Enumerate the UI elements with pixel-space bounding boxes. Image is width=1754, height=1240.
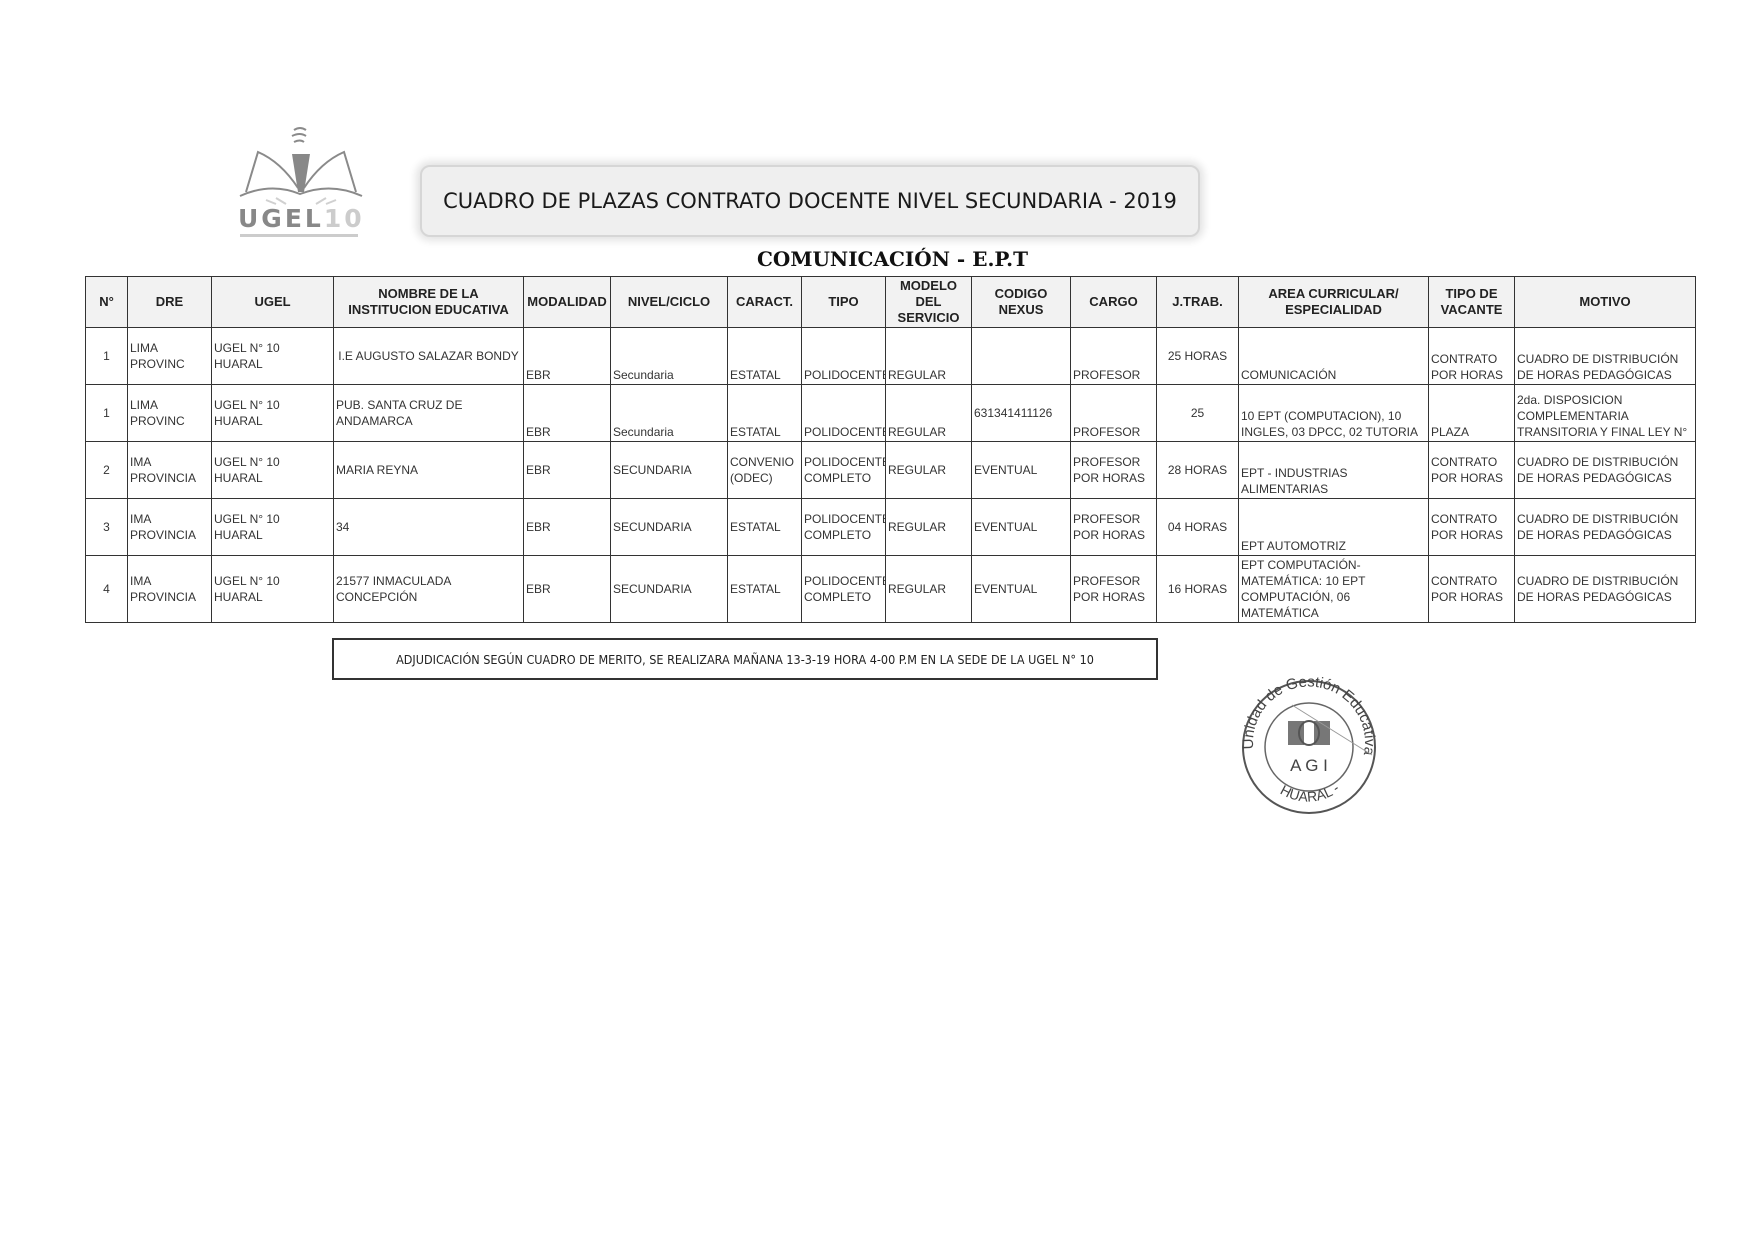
cell-institucion: 34 [334,499,524,556]
document-title: CUADRO DE PLAZAS CONTRATO DOCENTE NIVEL … [443,189,1177,213]
cell-dre: IMA PROVINCIA [128,556,212,623]
column-header-institucion: NOMBRE DE LA INSTITUCION EDUCATIVA [334,277,524,328]
cell-tipo: POLIDOCENTE [802,385,886,442]
cell-tipo-vacante: CONTRATO POR HORAS [1429,442,1515,499]
cell-j-trab: 28 HORAS [1157,442,1239,499]
cell-tipo: POLIDOCENTE COMPLETO [802,442,886,499]
section-subtitle: COMUNICACIÓN - E.P.T [757,247,1028,271]
cell-ugel: UGEL N° 10 HUARAL [212,556,334,623]
column-header-j-trab: J.TRAB. [1157,277,1239,328]
cell-cargo: PROFESOR POR HORAS [1071,499,1157,556]
logo-number: 10 [324,204,365,233]
cell-caract: ESTATAL [728,385,802,442]
cell-cargo: PROFESOR POR HORAS [1071,556,1157,623]
column-header-motivo: MOTIVO [1515,277,1696,328]
column-header-cargo: CARGO [1071,277,1157,328]
seal-stamp-icon: Unidad de Gestión Educativa Local N° 10 … [1232,675,1384,819]
cell-n: 1 [86,385,128,442]
vacancies-table: N°DREUGELNOMBRE DE LA INSTITUCION EDUCAT… [85,276,1696,623]
cell-nivel-ciclo: Secundaria [611,328,728,385]
cell-nivel-ciclo: SECUNDARIA [611,499,728,556]
cell-dre: LIMA PROVINC [128,328,212,385]
cell-tipo-vacante: CONTRATO POR HORAS [1429,328,1515,385]
column-header-tipo-vacante: TIPO DE VACANTE [1429,277,1515,328]
column-header-n: N° [86,277,128,328]
table-row: 4IMA PROVINCIAUGEL N° 10 HUARAL21577 INM… [86,556,1696,623]
cell-modalidad: EBR [524,499,611,556]
table-row: 3IMA PROVINCIAUGEL N° 10 HUARAL34EBRSECU… [86,499,1696,556]
cell-area-curricular: EPT AUTOMOTRIZ [1239,499,1429,556]
official-seal: Unidad de Gestión Educativa Local N° 10 … [1232,675,1384,819]
column-header-tipo: TIPO [802,277,886,328]
table-header-row: N°DREUGELNOMBRE DE LA INSTITUCION EDUCAT… [86,277,1696,328]
cell-cargo: PROFESOR POR HORAS [1071,442,1157,499]
cell-modelo-servicio: REGULAR [886,556,972,623]
cell-institucion: 21577 INMACULADA CONCEPCIÓN [334,556,524,623]
logo-text: UGEL [238,204,324,233]
column-header-codigo-nexus: CODIGO NEXUS [972,277,1071,328]
cell-tipo: POLIDOCENTE COMPLETO [802,556,886,623]
cell-caract: ESTATAL [728,328,802,385]
cell-modalidad: EBR [524,385,611,442]
cell-dre: IMA PROVINCIA [128,442,212,499]
column-header-ugel: UGEL [212,277,334,328]
cell-nivel-ciclo: SECUNDARIA [611,442,728,499]
cell-j-trab: 16 HORAS [1157,556,1239,623]
adjudication-notice: ADJUDICACIÓN SEGÚN CUADRO DE MERITO, SE … [332,638,1158,680]
column-header-dre: DRE [128,277,212,328]
cell-tipo: POLIDOCENTE COMPLETO [802,499,886,556]
column-header-nivel-ciclo: NIVEL/CICLO [611,277,728,328]
cell-caract: ESTATAL [728,499,802,556]
cell-j-trab: 25 HORAS [1157,328,1239,385]
cell-modalidad: EBR [524,442,611,499]
cell-cargo: PROFESOR [1071,385,1157,442]
cell-motivo: 2da. DISPOSICION COMPLEMENTARIA TRANSITO… [1515,385,1696,442]
cell-j-trab: 25 [1157,385,1239,442]
cell-area-curricular: 10 EPT (COMPUTACION), 10 INGLES, 03 DPCC… [1239,385,1429,442]
cell-modalidad: EBR [524,556,611,623]
document-title-box: CUADRO DE PLAZAS CONTRATO DOCENTE NIVEL … [420,165,1200,237]
cell-area-curricular: COMUNICACIÓN [1239,328,1429,385]
cell-area-curricular: EPT COMPUTACIÓN-MATEMÁTICA: 10 EPT COMPU… [1239,556,1429,623]
cell-nivel-ciclo: Secundaria [611,385,728,442]
cell-modelo-servicio: REGULAR [886,499,972,556]
cell-modelo-servicio: REGULAR [886,385,972,442]
table-row: 1LIMA PROVINCUGEL N° 10 HUARALI.E AUGUST… [86,328,1696,385]
notice-text: ADJUDICACIÓN SEGÚN CUADRO DE MERITO, SE … [396,652,1094,667]
cell-j-trab: 04 HORAS [1157,499,1239,556]
cell-codigo-nexus [972,328,1071,385]
cell-modelo-servicio: REGULAR [886,328,972,385]
table-row: 2IMA PROVINCIAUGEL N° 10 HUARALMARIA REY… [86,442,1696,499]
cell-institucion: I.E AUGUSTO SALAZAR BONDY [334,328,524,385]
cell-cargo: PROFESOR [1071,328,1157,385]
cell-modelo-servicio: REGULAR [886,442,972,499]
cell-institucion: MARIA REYNA [334,442,524,499]
cell-dre: IMA PROVINCIA [128,499,212,556]
table-row: 1LIMA PROVINCUGEL N° 10 HUARALPUB. SANTA… [86,385,1696,442]
cell-n: 4 [86,556,128,623]
column-header-modalidad: MODALIDAD [524,277,611,328]
cell-tipo-vacante: CONTRATO POR HORAS [1429,499,1515,556]
logo-wordmark: UGEL10 [238,204,365,233]
cell-n: 3 [86,499,128,556]
cell-motivo: CUADRO DE DISTRIBUCIÓN DE HORAS PEDAGÓGI… [1515,328,1696,385]
cell-codigo-nexus: EVENTUAL [972,499,1071,556]
column-header-caract: CARACT. [728,277,802,328]
open-book-torch-icon [236,122,366,206]
cell-motivo: CUADRO DE DISTRIBUCIÓN DE HORAS PEDAGÓGI… [1515,556,1696,623]
cell-codigo-nexus: EVENTUAL [972,442,1071,499]
cell-ugel: UGEL N° 10 HUARAL [212,328,334,385]
cell-modalidad: EBR [524,328,611,385]
cell-n: 2 [86,442,128,499]
svg-text:A G I: A G I [1290,756,1328,775]
ugel-logo: UGEL10 [236,122,366,240]
cell-motivo: CUADRO DE DISTRIBUCIÓN DE HORAS PEDAGÓGI… [1515,442,1696,499]
cell-caract: ESTATAL [728,556,802,623]
cell-ugel: UGEL N° 10 HUARAL [212,385,334,442]
cell-tipo-vacante: PLAZA [1429,385,1515,442]
cell-area-curricular: EPT - INDUSTRIAS ALIMENTARIAS [1239,442,1429,499]
cell-dre: LIMA PROVINC [128,385,212,442]
column-header-modelo-servicio: MODELO DEL SERVICIO [886,277,972,328]
cell-tipo: POLIDOCENTE [802,328,886,385]
cell-ugel: UGEL N° 10 HUARAL [212,499,334,556]
cell-caract: CONVENIO (ODEC) [728,442,802,499]
cell-n: 1 [86,328,128,385]
cell-ugel: UGEL N° 10 HUARAL [212,442,334,499]
logo-tagline [240,234,358,237]
column-header-area-curricular: AREA CURRICULAR/ ESPECIALIDAD [1239,277,1429,328]
cell-codigo-nexus: EVENTUAL [972,556,1071,623]
cell-codigo-nexus: 631341411126 [972,385,1071,442]
cell-tipo-vacante: CONTRATO POR HORAS [1429,556,1515,623]
cell-motivo: CUADRO DE DISTRIBUCIÓN DE HORAS PEDAGÓGI… [1515,499,1696,556]
cell-institucion: PUB. SANTA CRUZ DE ANDAMARCA [334,385,524,442]
cell-nivel-ciclo: SECUNDARIA [611,556,728,623]
